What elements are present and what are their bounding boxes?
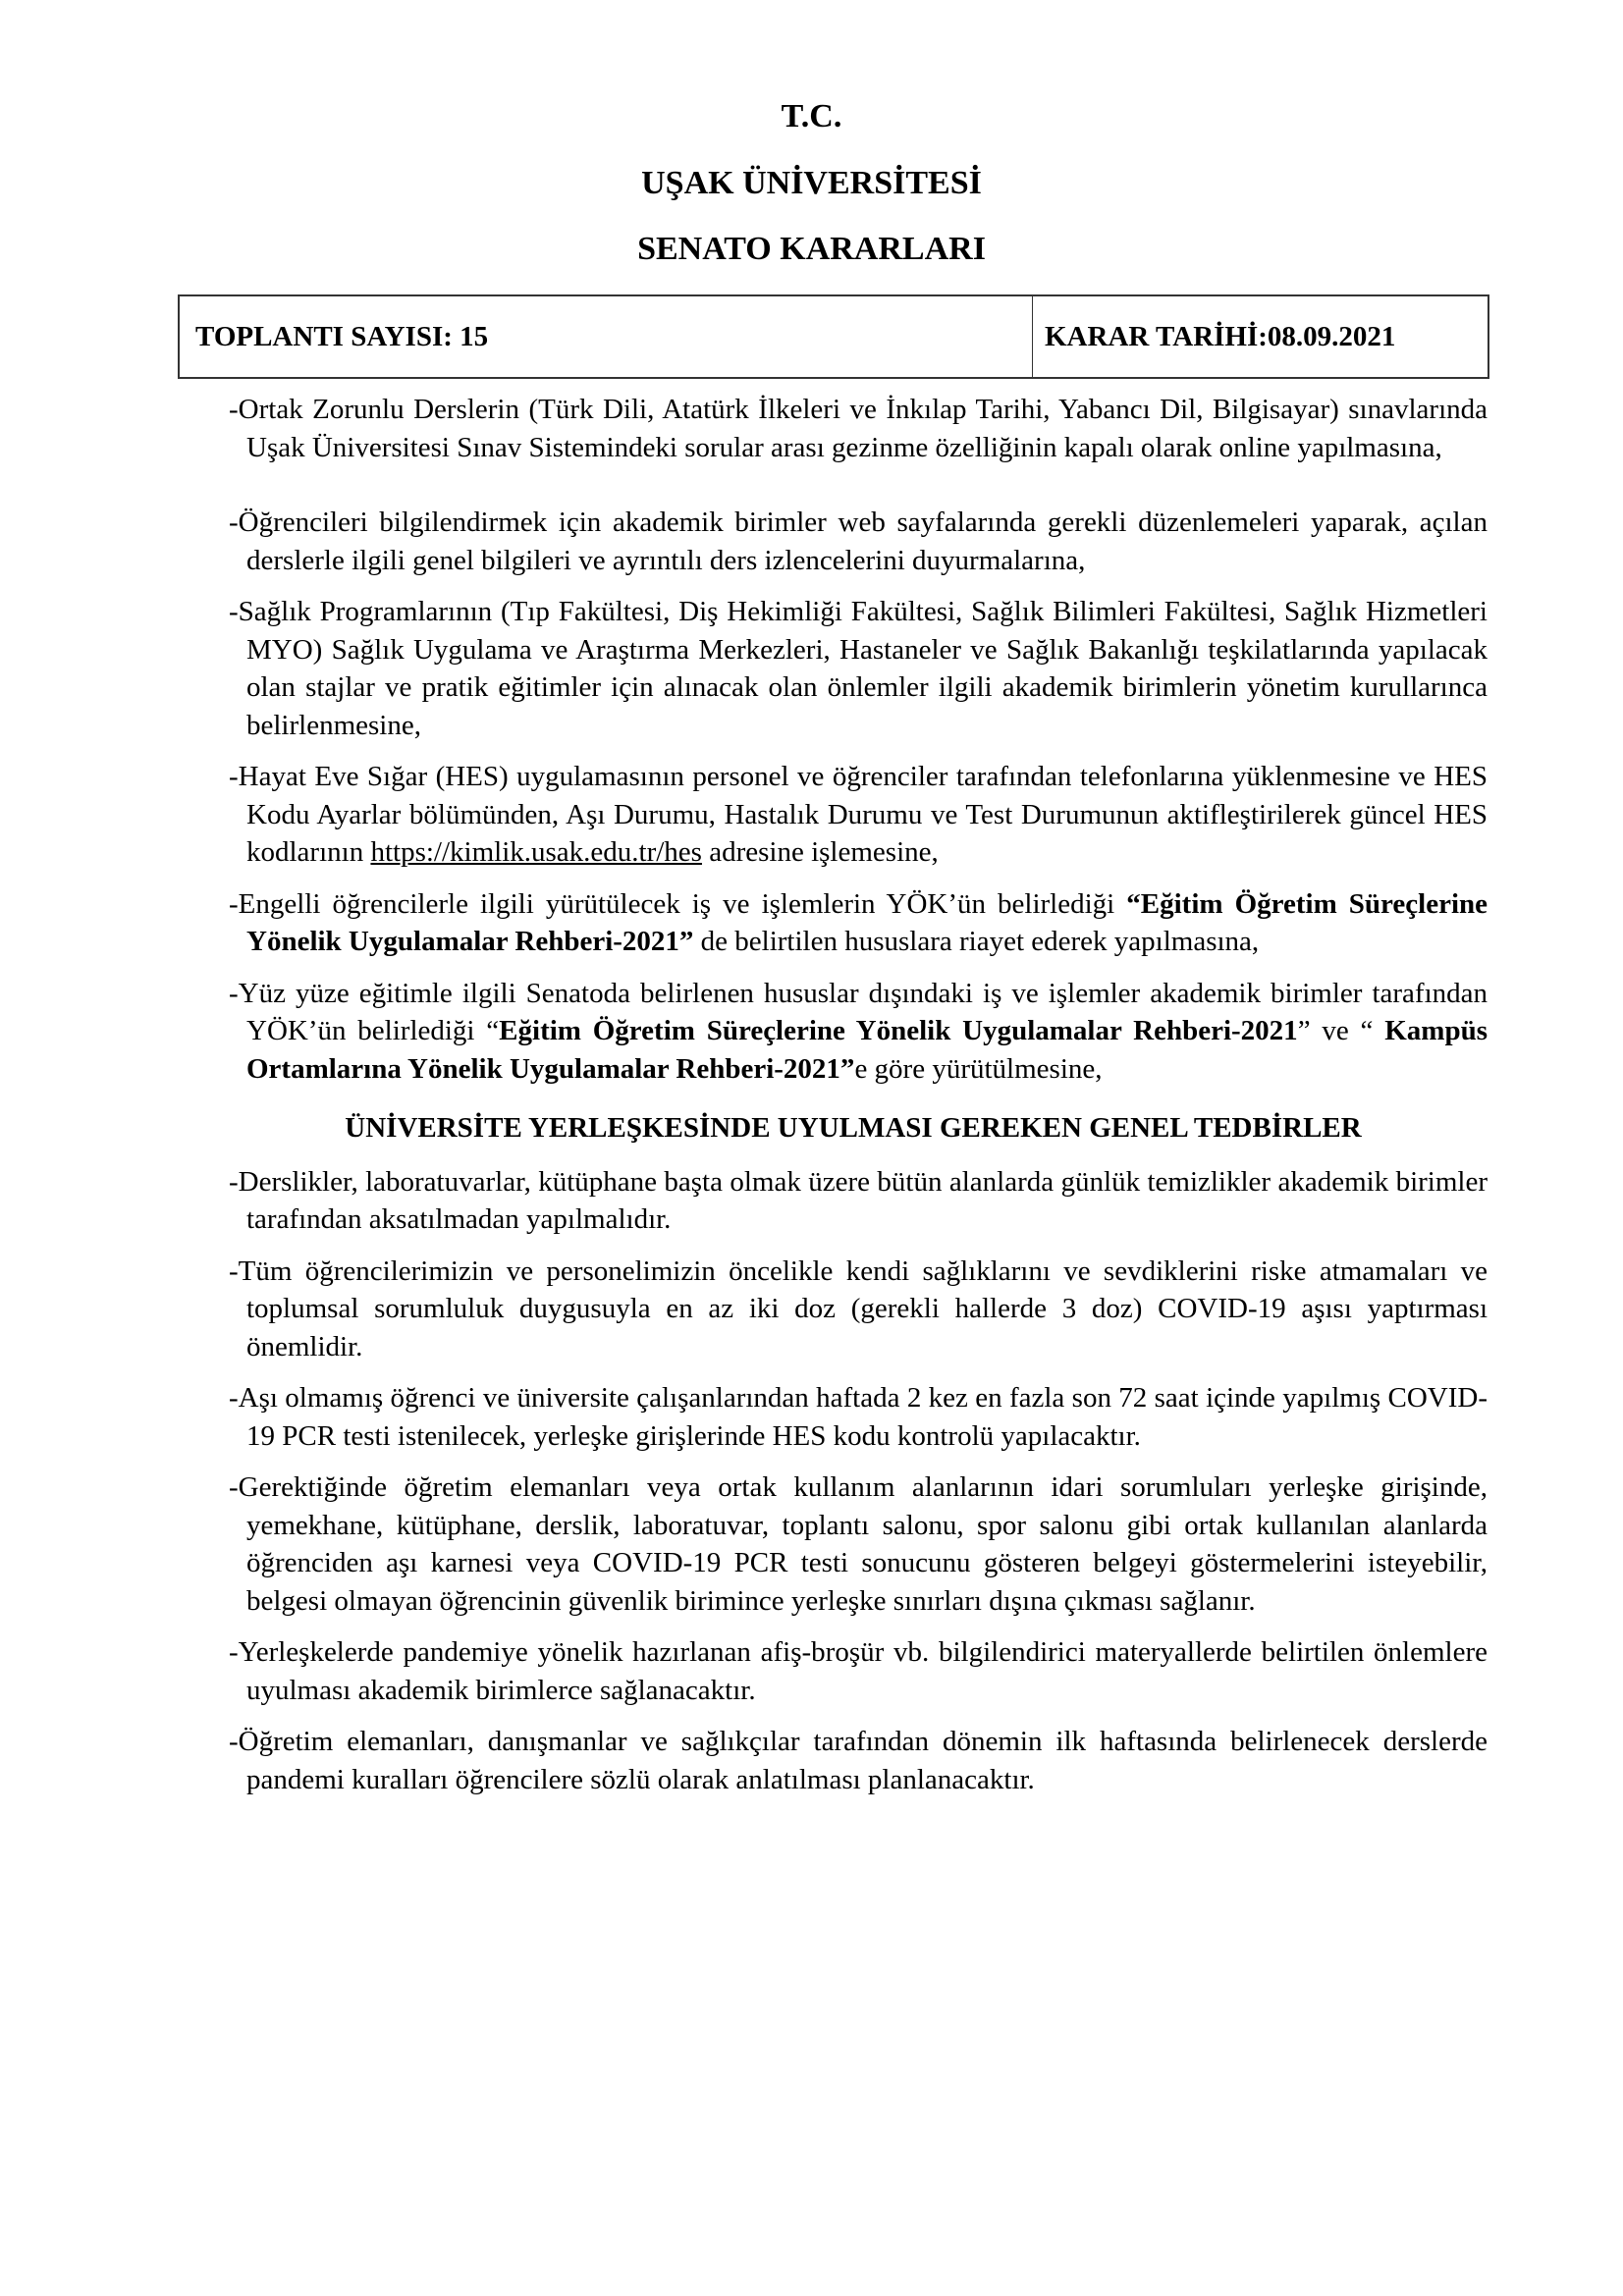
paragraph-text: ” ve “ bbox=[1298, 1015, 1385, 1046]
decision-paragraph: -Ortak Zorunlu Derslerin (Türk Dili, Ata… bbox=[229, 391, 1488, 466]
measure-item: -Tüm öğrencilerimizin ve personelimizin … bbox=[229, 1253, 1488, 1366]
paragraph-text: -Engelli öğrencilerle ilgili yürütülecek… bbox=[229, 888, 1126, 920]
measure-item: -Gerektiğinde öğretim elemanları veya or… bbox=[229, 1468, 1488, 1620]
paragraph-text: adresine işlemesine, bbox=[702, 836, 939, 868]
guide-title: Eğitim Öğretim Süreçlerine Yönelik Uygul… bbox=[499, 1015, 1298, 1046]
decision-paragraph: -Hayat Eve Sığar (HES) uygulamasının per… bbox=[229, 758, 1488, 872]
section-heading: ÜNİVERSİTE YERLEŞKESİNDE UYULMASI GEREKE… bbox=[219, 1109, 1488, 1148]
decision-paragraph: -Öğrencileri bilgilendirmek için akademi… bbox=[229, 504, 1488, 579]
university-name: UŞAK ÜNİVERSİTESİ bbox=[0, 165, 1623, 202]
meeting-info-box: TOPLANTI SAYISI: 15 KARAR TARİHİ:08.09.2… bbox=[178, 294, 1489, 379]
paragraph-text: de belirtilen hususlara riayet ederek ya… bbox=[693, 926, 1259, 957]
meeting-number: TOPLANTI SAYISI: 15 bbox=[180, 296, 1033, 377]
decision-paragraph: -Sağlık Programlarının (Tıp Fakültesi, D… bbox=[229, 593, 1488, 744]
hes-link[interactable]: https://kimlik.usak.edu.tr/hes bbox=[370, 836, 702, 868]
decision-paragraph: -Yüz yüze eğitimle ilgili Senatoda belir… bbox=[229, 975, 1488, 1089]
header-tc: T.C. bbox=[0, 98, 1623, 135]
measure-item: -Öğretim elemanları, danışmanlar ve sağl… bbox=[229, 1723, 1488, 1798]
measure-item: -Aşı olmamış öğrenci ve üniversite çalış… bbox=[229, 1379, 1488, 1455]
decision-paragraph: -Engelli öğrencilerle ilgili yürütülecek… bbox=[229, 885, 1488, 961]
measure-item: -Derslikler, laboratuvarlar, kütüphane b… bbox=[229, 1163, 1488, 1239]
decision-date: KARAR TARİHİ:08.09.2021 bbox=[1033, 296, 1488, 377]
measure-item: -Yerleşkelerde pandemiye yönelik hazırla… bbox=[229, 1633, 1488, 1709]
paragraph-text: e göre yürütülmesine, bbox=[854, 1053, 1102, 1085]
document-title: SENATO KARARLARI bbox=[0, 231, 1623, 268]
document-body: -Ortak Zorunlu Derslerin (Türk Dili, Ata… bbox=[229, 391, 1488, 1812]
